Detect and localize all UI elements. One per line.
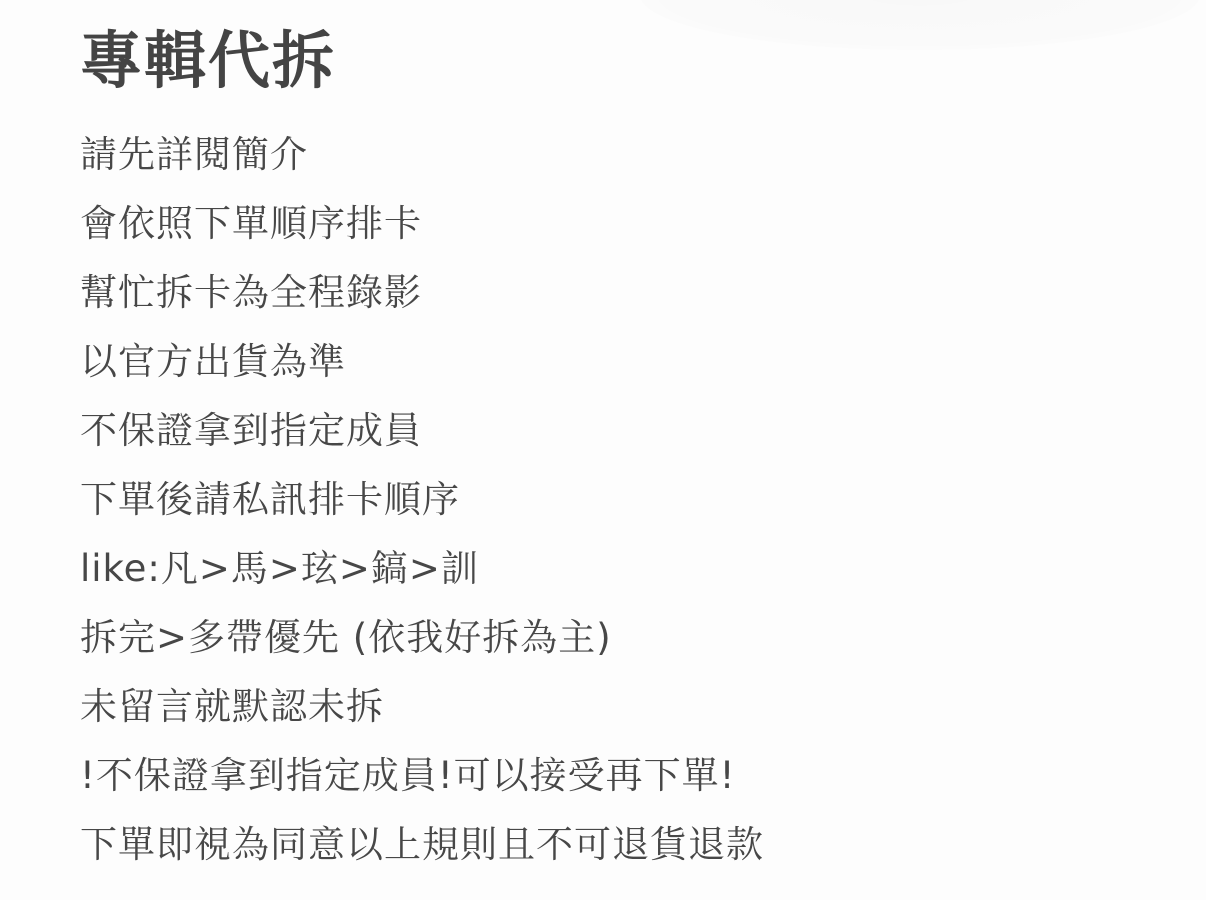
rule-line: 下單後請私訊排卡順序 <box>80 465 1166 534</box>
page-title: 專輯代拆 <box>80 18 1166 104</box>
rule-line: 以官方出貨為準 <box>80 327 1166 396</box>
rule-line: 會依照下單順序排卡 <box>80 189 1166 258</box>
rule-line: like:凡>馬>玹>鎬>訓 <box>80 534 1166 603</box>
rule-line: 拆完>多帶優先 (依我好拆為主) <box>80 603 1166 672</box>
rule-line: 請先詳閱簡介 <box>80 120 1166 189</box>
rule-line: 未留言就默認未拆 <box>80 672 1166 741</box>
rule-line: !不保證拿到指定成員!可以接受再下單! <box>80 741 1166 810</box>
rule-line: 幫忙拆卡為全程錄影 <box>80 258 1166 327</box>
rule-line: 不保證拿到指定成員 <box>80 396 1166 465</box>
rules-list: 請先詳閱簡介 會依照下單順序排卡 幫忙拆卡為全程錄影 以官方出貨為準 不保證拿到… <box>80 120 1166 879</box>
notice-content: 專輯代拆 請先詳閱簡介 會依照下單順序排卡 幫忙拆卡為全程錄影 以官方出貨為準 … <box>80 18 1166 879</box>
rule-line: 下單即視為同意以上規則且不可退貨退款 <box>80 810 1166 879</box>
